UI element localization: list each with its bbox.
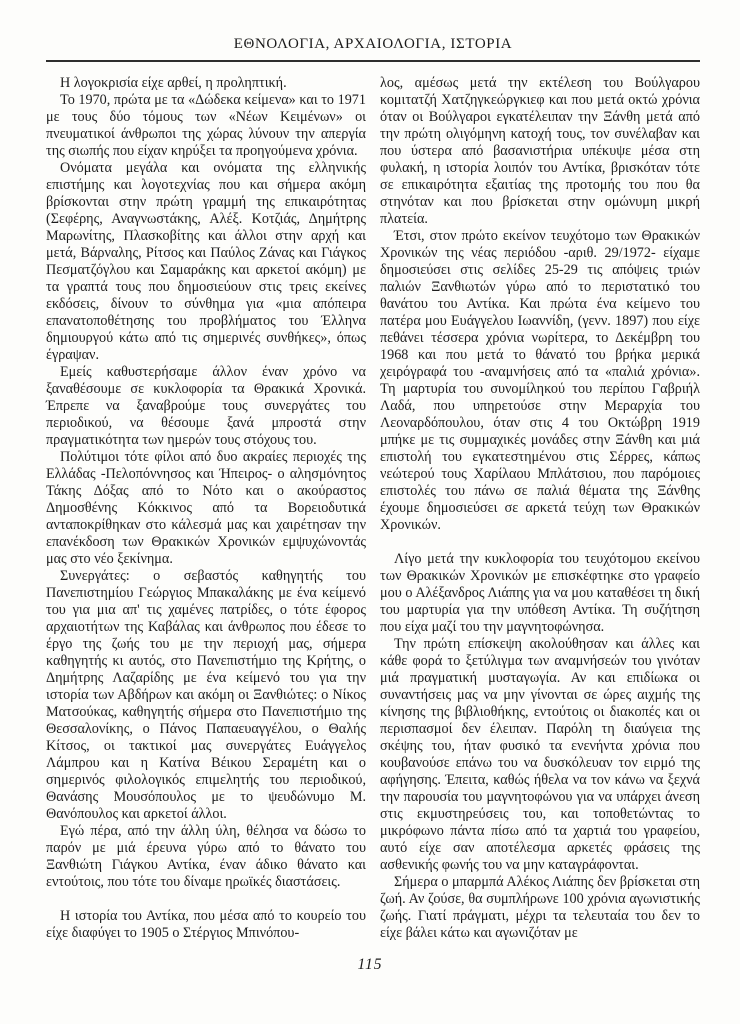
page-header: ΕΘΝΟΛΟΓΙΑ, ΑΡΧΑΙΟΛΟΓΙΑ, ΙΣΤΟΡΙΑ — [46, 36, 700, 62]
right-column: λος, αμέσως μετά την εκτέλεση του Βούλγα… — [380, 75, 700, 942]
paragraph: Έτσι, στον πρώτο εκείνον τευχότομο των Θ… — [380, 228, 700, 534]
paragraph: Το 1970, πρώτα με τα «Δώδεκα κείμενα» κα… — [46, 92, 366, 160]
paragraph: Εγώ πέρα, από την άλλη ύλη, θέλησα να δώ… — [46, 823, 366, 891]
paragraph: Η λογοκρισία είχε αρθεί, η προληπτική. — [46, 75, 366, 92]
page-header-title: ΕΘΝΟΛΟΓΙΑ, ΑΡΧΑΙΟΛΟΓΙΑ, ΙΣΤΟΡΙΑ — [46, 36, 700, 53]
paragraph: Λίγο μετά την κυκλοφορία του τευχότομου … — [380, 551, 700, 636]
paragraph: Πολύτιμοι τότε φίλοι από δυο ακραίες περ… — [46, 449, 366, 568]
paragraph: Την πρώτη επίσκεψη ακολούθησαν και άλλες… — [380, 636, 700, 874]
paragraph: Σήμερα ο μπαρμπά Αλέκος Λιάπης δεν βρίσκ… — [380, 874, 700, 942]
left-column: Η λογοκρισία είχε αρθεί, η προληπτική. Τ… — [46, 75, 366, 942]
paragraph: Η ιστορία του Αντίκα, που μέσα από το κο… — [46, 908, 366, 942]
header-rule — [46, 60, 700, 62]
document-page: ΕΘΝΟΛΟΓΙΑ, ΑΡΧΑΙΟΛΟΓΙΑ, ΙΣΤΟΡΙΑ Η λογοκρ… — [0, 0, 740, 1024]
paragraph-continuation: λος, αμέσως μετά την εκτέλεση του Βούλγα… — [380, 75, 700, 228]
paragraph: Εμείς καθυστερήσαμε άλλον έναν χρόνο να … — [46, 364, 366, 449]
paragraph: Συνεργάτες: ο σεβαστός καθηγητής του Παν… — [46, 568, 366, 823]
page-number: 115 — [0, 956, 740, 974]
paragraph: Ονόματα μεγάλα και ονόματα της ελληνικής… — [46, 160, 366, 364]
two-column-body: Η λογοκρισία είχε αρθεί, η προληπτική. Τ… — [46, 75, 700, 942]
